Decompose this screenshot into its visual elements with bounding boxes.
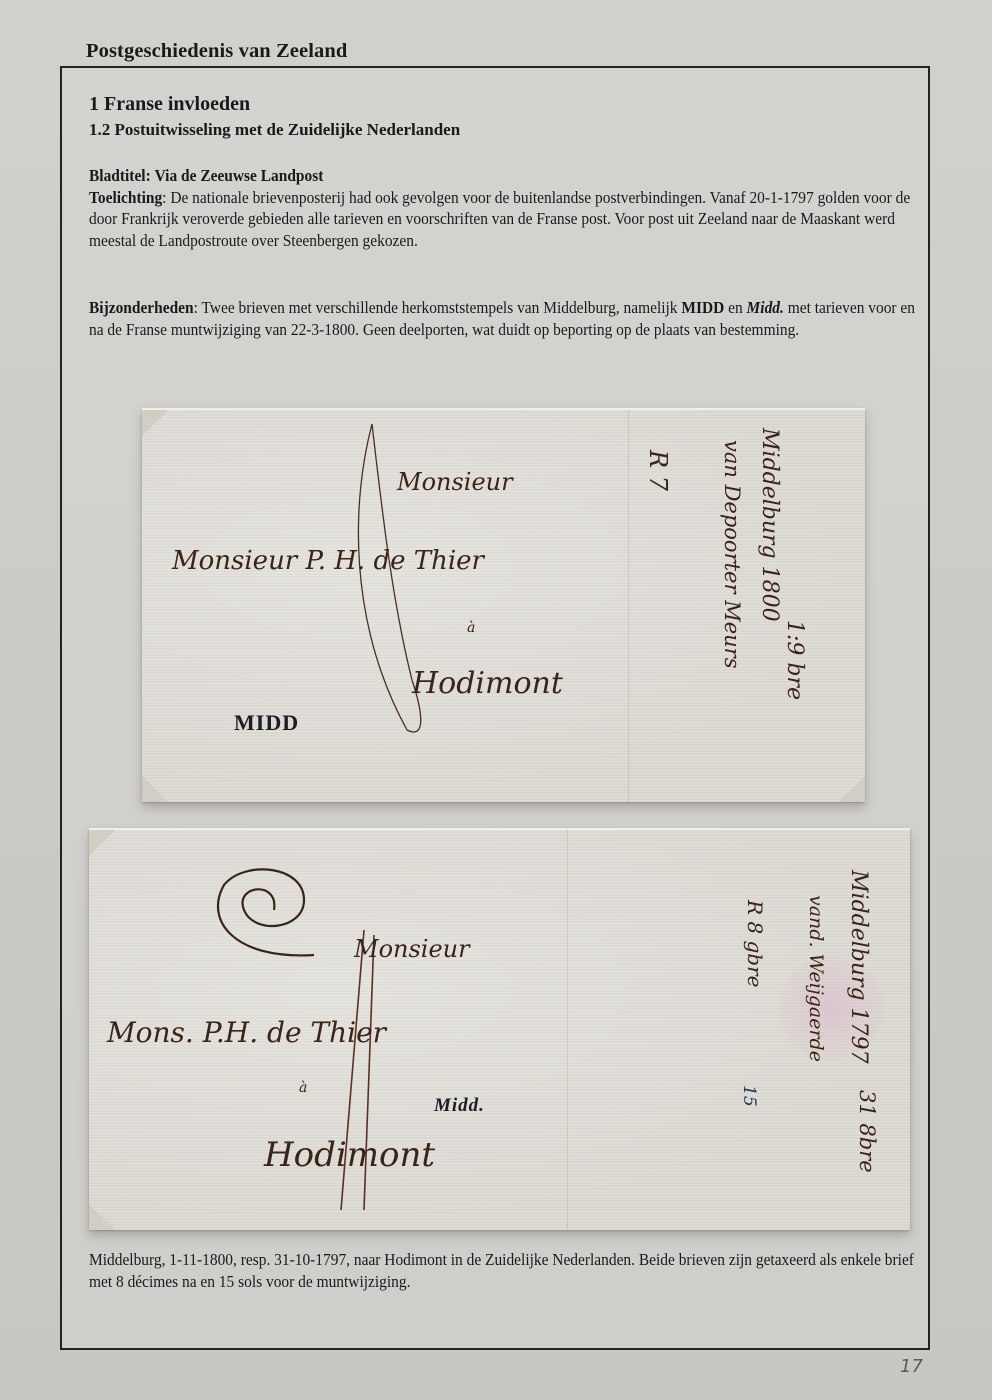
caption: Middelburg, 1-11-1800, resp. 31-10-1797,… (89, 1249, 926, 1292)
explanation-label: Toelichting (89, 188, 162, 207)
details: Bijzonderheden: Twee brieven met verschi… (89, 297, 926, 340)
stamp-name-midd-italic: Midd. (747, 298, 784, 317)
explanation-text: : De nationale brievenposterij had ook g… (89, 188, 910, 250)
letter-image-1: Monsieur Monsieur P. H. de Thier à Hodim… (142, 408, 865, 802)
endorsement: vand. Weijgaerde (805, 895, 827, 1062)
sheet-intro: Bladtitel: Via de Zeeuwse Landpost Toeli… (89, 165, 926, 251)
address-line-1: Monsieur (354, 935, 470, 963)
endorsement: Middelburg 1797 (846, 870, 871, 1064)
address-line-3: à (299, 1080, 307, 1096)
photo-corner (89, 1204, 115, 1230)
sheet-title: Bladtitel: Via de Zeeuwse Landpost (89, 165, 926, 187)
stamp-name-midd-caps: MIDD (681, 298, 724, 317)
fold-line (628, 410, 629, 802)
address-line-4: Hodimont (412, 666, 563, 701)
chapter-title: 1 Franse invloeden (89, 93, 250, 116)
tax-mark: R 8 gbre (743, 900, 767, 988)
address-line-4: Hodimont (264, 1135, 435, 1175)
details-label: Bijzonderheden (89, 298, 194, 317)
photo-corner (839, 776, 865, 802)
photo-corner (142, 410, 168, 436)
fold-line (567, 830, 568, 1230)
address-line-2: Monsieur P. H. de Thier (172, 546, 484, 576)
origin-stamp: Midd. (434, 1095, 485, 1117)
tax-mark: R 7 (644, 450, 672, 491)
endorsement: van Depoorter Meurs (720, 440, 744, 668)
origin-stamp: MIDD (234, 710, 299, 736)
details-text: : Twee brieven met verschillende herkoms… (194, 298, 682, 317)
address-line-2: Mons. P.H. de Thier (107, 1016, 386, 1049)
photo-corner (89, 830, 115, 856)
page-number: 17 (900, 1356, 923, 1377)
address-line-3: à (467, 620, 475, 636)
address-line-1: Monsieur (397, 468, 513, 496)
blue-pencil-mark: 15 (739, 1085, 759, 1107)
endorsement-date: 1:9 bre (782, 620, 807, 700)
details-text: en (724, 298, 746, 317)
photo-corner (142, 776, 168, 802)
sheet-title-value: Via de Zeeuwse Landpost (155, 166, 324, 185)
flourish-mark (204, 860, 334, 960)
endorsement: Middelburg 1800 (757, 428, 782, 622)
page-header: Postgeschiedenis van Zeeland (86, 40, 347, 63)
endorsement-date: 31 8bre (855, 1090, 879, 1173)
explanation: Toelichting: De nationale brievenposteri… (89, 187, 926, 252)
sheet-title-label: Bladtitel: (89, 166, 151, 185)
section-title: 1.2 Postuitwisseling met de Zuidelijke N… (89, 120, 460, 140)
letter-image-2: Monsieur Mons. P.H. de Thier à Hodimont … (89, 828, 910, 1230)
